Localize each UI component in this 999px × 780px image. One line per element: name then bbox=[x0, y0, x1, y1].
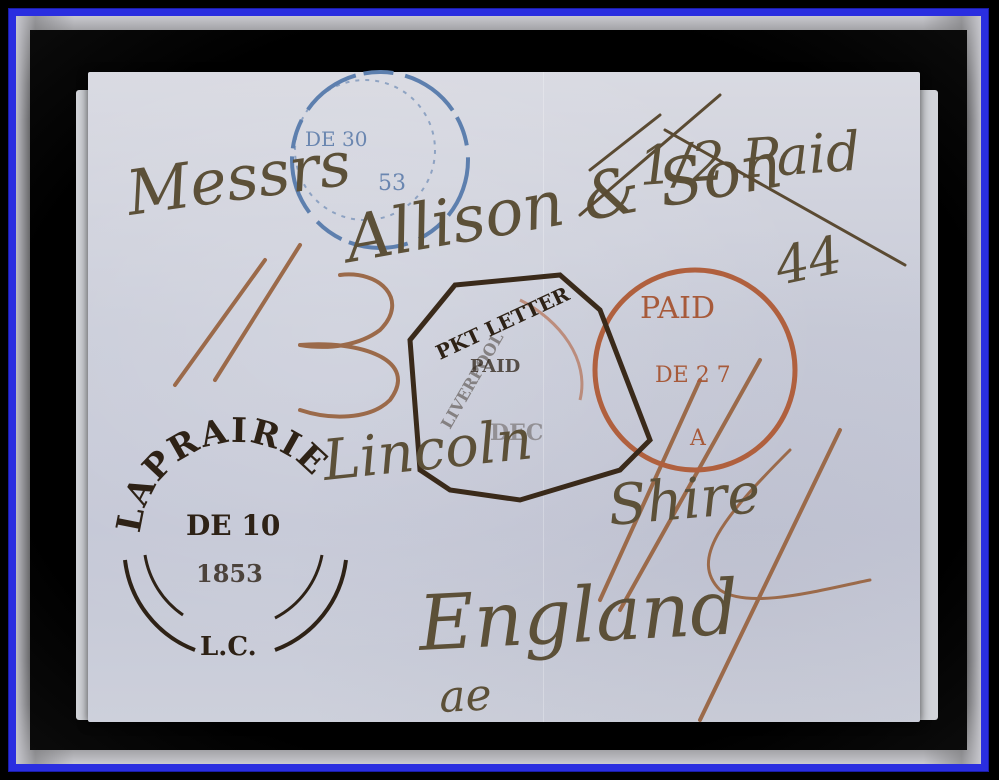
address-salutation: Messrs bbox=[121, 126, 355, 230]
cover-markings: DE 30 53 PAID DE 2 7 A PKT LETTER PAID L… bbox=[0, 0, 999, 780]
laprairie-province: L.C. bbox=[200, 632, 257, 662]
paid-circular-bottom: A bbox=[689, 426, 707, 451]
laprairie-date: DE 10 bbox=[186, 509, 280, 542]
paid-circular-top: PAID bbox=[640, 291, 715, 326]
rate-note-crossed: 44 bbox=[769, 225, 847, 298]
address-route-note: ae bbox=[438, 669, 493, 723]
paid-circular-date: DE 2 7 bbox=[655, 363, 731, 388]
address-country: England bbox=[414, 562, 741, 668]
laprairie-year: 1853 bbox=[196, 559, 263, 588]
blue-backstamp-year: 53 bbox=[378, 171, 406, 196]
address-city: Lincoln bbox=[319, 407, 536, 494]
address-county: Shire bbox=[606, 461, 763, 539]
laprairie-postmark: LAPRAIRIE DE 10 1853 L.C. bbox=[109, 411, 346, 662]
